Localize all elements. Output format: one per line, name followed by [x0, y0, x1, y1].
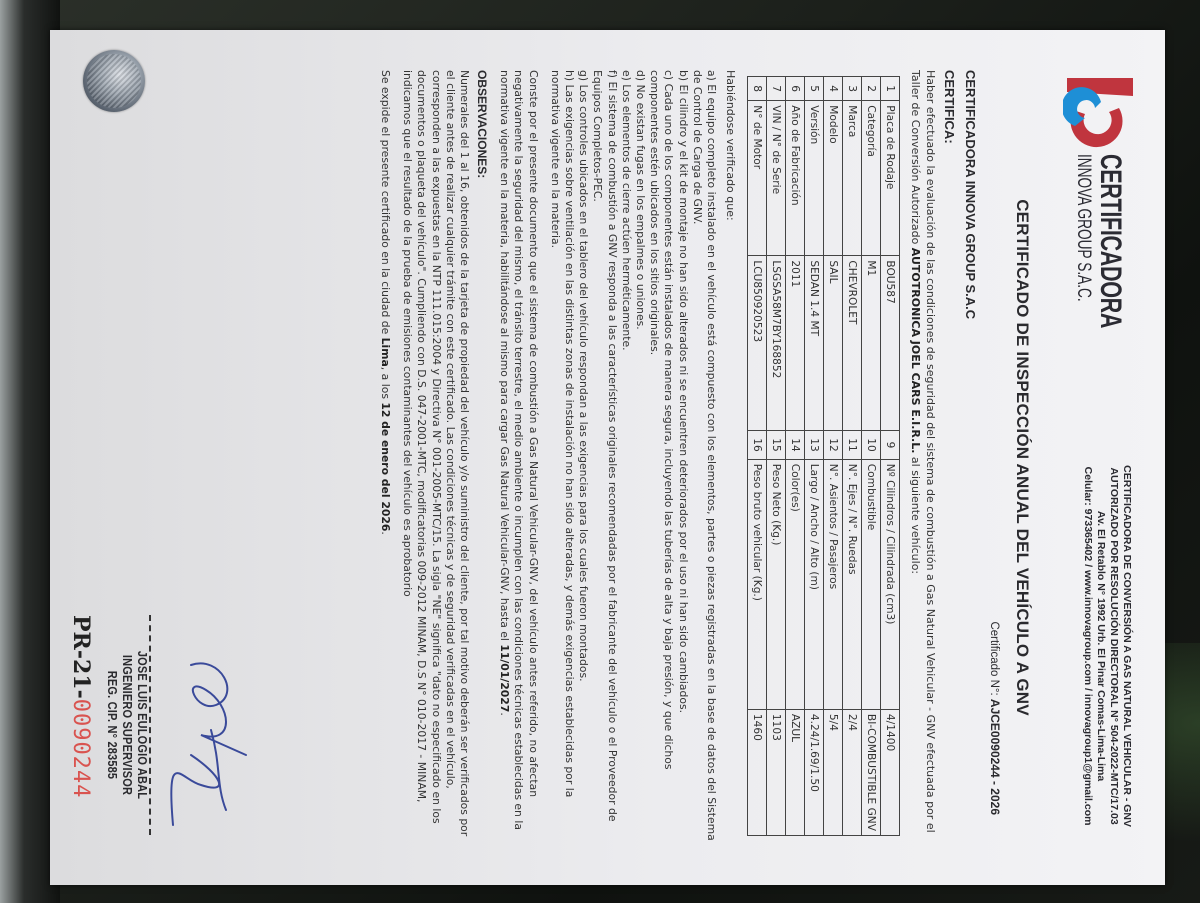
company-info-line: Celular: 973365402 / www.innovagroup.com…	[1081, 465, 1094, 827]
field-value: 4.24/1.69/1.50	[805, 709, 824, 835]
expedition-date: 12 de enero del 2026	[379, 402, 392, 531]
company-logo: CERTIFICADORA INNOVA GROUP S.A.C.	[1063, 74, 1137, 396]
company-info-line: CERTIFICADORA DE CONVERSIÓN A GAS NATURA…	[1120, 465, 1133, 827]
row-number: 6	[786, 77, 805, 101]
ic-logo-icon	[1063, 74, 1137, 148]
field-label: Peso Neto (Kg.)	[767, 459, 786, 709]
row-number: 8	[748, 77, 767, 101]
table-row: 4ModeloSAIL12N°. Asientos / Pasajeros5/4	[824, 77, 843, 836]
field-value: SAIL	[824, 256, 843, 431]
intro-text-end: al siguiente vehículo:	[909, 453, 922, 574]
signer-name: JOSE LUIS EULOGIO ABAL	[134, 619, 149, 830]
observations-title: OBSERVACIONES:	[475, 70, 489, 845]
table-row: 3MarcaCHEVROLET11N°. Ejes / N°. Ruedas2/…	[843, 77, 862, 836]
field-value: 4/1400	[881, 709, 900, 835]
field-label: Versión	[805, 101, 824, 256]
expedition-text: Se expide el presente certificado en la …	[379, 70, 392, 338]
checklist-item: a) El equipo completo instalado en el ve…	[690, 70, 718, 845]
field-value: 5/4	[824, 709, 843, 835]
field-value: LCU850920523	[748, 256, 767, 431]
signer-role: INGENIERO SUPERVISOR	[119, 619, 134, 830]
checklist-item: h) Las exigencias sobre ventilación en l…	[548, 70, 576, 845]
table-row: 5VersiónSEDAN 1.4 MT13Largo / Ancho / Al…	[805, 77, 824, 836]
certifica-label: CERTIFICA:	[942, 70, 957, 845]
expedition-line: Se expide el presente certificado en la …	[379, 70, 392, 845]
field-label: N°. Asientos / Pasajeros	[824, 459, 843, 709]
row-number: 15	[767, 431, 786, 459]
field-label: Categoría	[862, 101, 881, 256]
serial-prefix: PR-21-	[68, 615, 94, 699]
conste-text: Conste por el presente documento que el …	[498, 70, 539, 830]
field-value: M1	[862, 256, 881, 431]
certificate-number-label: Certificado N°:	[988, 621, 1000, 695]
field-value: BI-COMBUSTIBLE GNV	[862, 709, 881, 835]
logo-name: CERTIFICADORA	[1096, 154, 1126, 328]
field-value: 1460	[748, 709, 767, 835]
field-label: VIN / N° de Serie	[767, 101, 786, 256]
row-number: 16	[748, 431, 767, 459]
company-info-line: Av. El Retablo N° 1992 Urb. El Pinar Com…	[1094, 465, 1107, 827]
intro-paragraph: Haber efectuado la evaluación de las con…	[908, 70, 938, 845]
row-number: 2	[862, 77, 881, 101]
expedition-city: Lima	[379, 338, 392, 367]
field-label: Marca	[843, 101, 862, 256]
expedition-end: .	[379, 531, 392, 534]
company-info: CERTIFICADORA DE CONVERSIÓN A GAS NATURA…	[1081, 465, 1133, 827]
row-number: 9	[881, 431, 900, 459]
field-value: CHEVROLET	[843, 256, 862, 431]
row-number: 12	[824, 431, 843, 459]
observations-text: Numerales del 1 al 16, obtenidos de la t…	[400, 70, 471, 845]
field-value: AZUL	[786, 709, 805, 835]
checklist-item: b) El cilindro y el kit de montaje no ha…	[675, 70, 689, 845]
holographic-seal-icon	[83, 50, 145, 112]
checklist-item: f) El sistema de combustión a GNV respon…	[590, 70, 618, 845]
field-value: 2011	[786, 256, 805, 431]
field-label: Color(es)	[786, 459, 805, 709]
field-value: LSGSA58M7BY168852	[767, 256, 786, 431]
table-row: 7VIN / N° de SerieLSGSA58M7BY16885215Pes…	[767, 77, 786, 836]
valid-until-date: 11/01/2027	[498, 644, 511, 712]
row-number: 13	[805, 431, 824, 459]
row-number: 1	[881, 77, 900, 101]
row-number: 4	[824, 77, 843, 101]
row-number: 11	[843, 431, 862, 459]
row-number: 3	[843, 77, 862, 101]
issuer-name: CERTIFICADORA INNOVA GROUP S.A.C	[963, 70, 978, 845]
field-label: N° de Motor	[748, 101, 767, 256]
checklist-item: g) Los controles ubicados en el tablero …	[576, 70, 590, 845]
checklist-item: d) No existan fugas en los empalmes o un…	[633, 70, 647, 845]
serial-number: PR-21-0090244	[68, 605, 94, 845]
handwritten-signature-icon	[151, 635, 261, 835]
vehicle-data-table: 1Placa de RodajeBOU5879Nº Cilindros / Ci…	[747, 76, 900, 836]
table-row: 8N° de MotorLCU85092052316Peso bruto veh…	[748, 77, 767, 836]
workshop-name: AUTOTRONICA JOEL CARS E.I.R.L.	[909, 248, 922, 454]
field-label: Modelo	[824, 101, 843, 256]
field-label: Año de Fabricación	[786, 101, 805, 256]
field-label: N°. Ejes / N°. Ruedas	[843, 459, 862, 709]
checklist-item: c) Cada uno de los componentes están ins…	[647, 70, 675, 845]
field-label: Nº Cilindros / Cilindrada (cm3)	[881, 459, 900, 709]
row-number: 10	[862, 431, 881, 459]
expedition-middle: , a los	[379, 367, 392, 403]
verified-title: Habiéndose verificado que:	[724, 70, 737, 845]
row-number: 14	[786, 431, 805, 459]
checklist-item: e) Los elementos de cierre actúen hermét…	[619, 70, 633, 845]
field-value: 2/4	[843, 709, 862, 835]
certificate-document: CERTIFICADORA INNOVA GROUP S.A.C. CERTIF…	[50, 30, 1165, 885]
row-number: 7	[767, 77, 786, 101]
field-label: Placa de Rodaje	[881, 101, 900, 256]
field-value: 1103	[767, 709, 786, 835]
field-label: Peso bruto vehicular (Kg.)	[748, 459, 767, 709]
logo-subname: INNOVA GROUP S.A.C.	[1075, 154, 1094, 328]
conste-paragraph: Conste por el presente documento que el …	[497, 70, 540, 845]
table-row: 1Placa de RodajeBOU5879Nº Cilindros / Ci…	[881, 77, 900, 836]
field-label: Largo / Ancho / Alto (m)	[805, 459, 824, 709]
certificate-number-value: AJCE0090244 - 2026	[988, 699, 1002, 815]
serial-value: 0090244	[68, 699, 93, 799]
row-number: 5	[805, 77, 824, 101]
table-row: 2CategoríaM110CombustibleBI-COMBUSTIBLE …	[862, 77, 881, 836]
signer-registration: REG. CIP. N° 283585	[104, 619, 119, 830]
field-value: SEDAN 1.4 MT	[805, 256, 824, 431]
verification-checklist: a) El equipo completo instalado en el ve…	[548, 70, 718, 845]
table-row: 6Año de Fabricación201114Color(es)AZUL	[786, 77, 805, 836]
document-header: CERTIFICADORA INNOVA GROUP S.A.C. CERTIF…	[1042, 70, 1137, 845]
conste-end: .	[498, 712, 511, 715]
field-value: BOU587	[881, 256, 900, 431]
certificate-number: Certificado N°: AJCE0090244 - 2026	[988, 70, 1002, 815]
signature-block: JOSE LUIS EULOGIO ABAL INGENIERO SUPERVI…	[68, 605, 191, 845]
document-title: CERTIFICADO DE INSPECCIÓN ANUAL DEL VEHÍ…	[1012, 70, 1032, 845]
company-info-line: AUTORIZADO POR RESOLUCIÓN DIRECTORAL N° …	[1107, 465, 1120, 827]
field-label: Combustible	[862, 459, 881, 709]
